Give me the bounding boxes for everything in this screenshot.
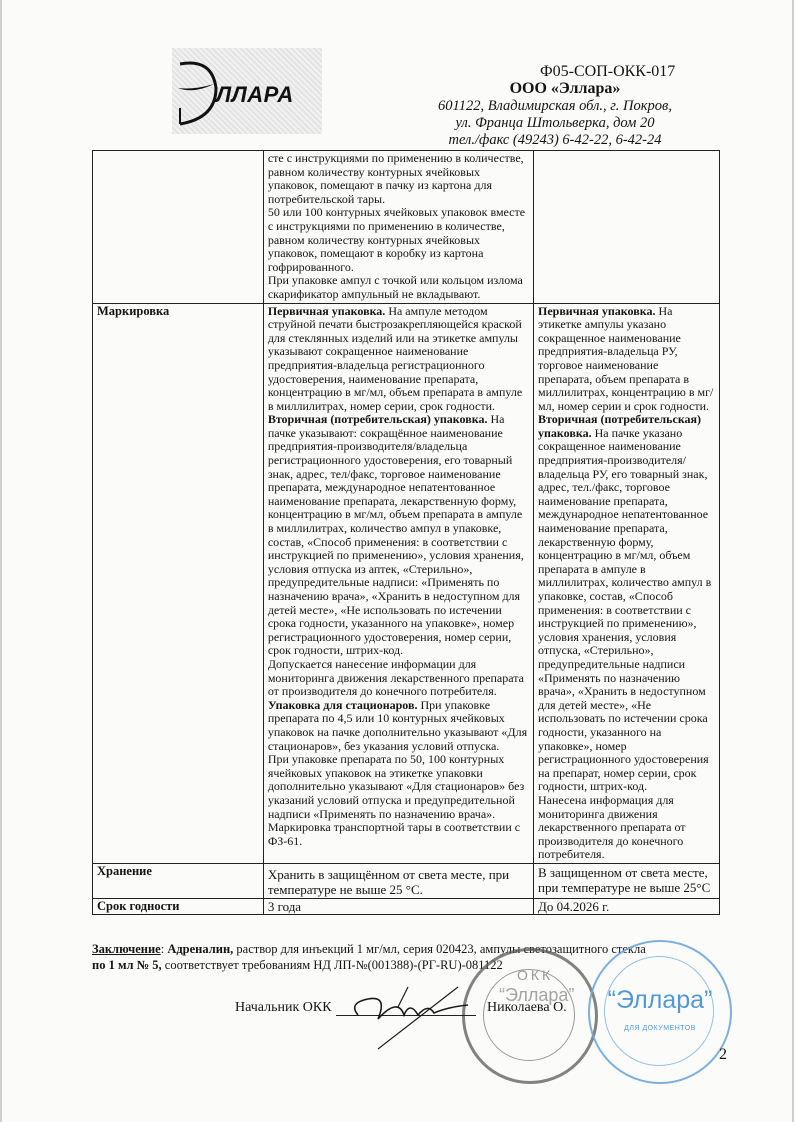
bold-title: Вторичная (потребительская) упаковка.	[268, 412, 488, 426]
conclusion-label: Заключение	[92, 942, 161, 956]
phone-line: тел./факс (49243) 6-42-22, 6-42-24	[415, 132, 695, 149]
bold-title: Первичная упаковка.	[538, 304, 656, 318]
organization-name: ООО «Эллара»	[490, 80, 640, 98]
cell-result: Первичная упаковка. На этикетке ампулы у…	[533, 303, 719, 863]
cell-label-storage: Хранение	[93, 863, 264, 898]
cell-requirement: сте с инструкциями по применению в колич…	[263, 151, 533, 304]
table-row-shelf-life: Срок годности 3 года До 04.2026 г.	[93, 898, 720, 915]
cell-requirement: Первичная упаковка. На ампуле методом ст…	[263, 303, 533, 863]
paragraph-primary: Первичная упаковка. На этикетке ампулы у…	[538, 305, 715, 414]
bold-title: Упаковка для стационаров.	[268, 698, 418, 712]
company-seal: “Эллара” ДЛЯ ДОКУМЕНТОВ	[588, 940, 732, 1084]
paragraph: 50 или 100 контурных ячейковых упаковок …	[268, 206, 529, 274]
cell-label	[93, 151, 264, 304]
cell-label-marking: Маркировка	[93, 303, 264, 863]
text: На пачке указывают: сокращённое наименов…	[268, 412, 524, 657]
seal-subtitle: ДЛЯ ДОКУМЕНТОВ	[602, 1025, 718, 1032]
paragraph-transport: Маркировка транспортной тары в соответст…	[268, 821, 529, 848]
conclusion-dose: по 1 мл № 5,	[92, 958, 162, 972]
text: На этикетке ампулы указано сокращенное н…	[538, 304, 713, 413]
address-line-2: ул. Франца Штольверка, дом 20	[415, 115, 695, 132]
paragraph-secondary: Вторичная (потребительская) упаковка. На…	[538, 413, 715, 794]
signer-position: Начальник ОКК	[235, 1000, 332, 1015]
specification-table: сте с инструкциями по применению в колич…	[92, 150, 720, 915]
conclusion-text-1: раствор для инъекций 1 мг/мл, серия 0204…	[233, 942, 646, 956]
paragraph: сте с инструкциями по применению в колич…	[268, 152, 529, 206]
table-row-packaging-continued: сте с инструкциями по применению в колич…	[93, 151, 720, 304]
document-code: Ф05-СОП-ОКК-017	[540, 63, 675, 81]
seal-company-name: “Эллара”	[602, 986, 718, 1015]
conclusion-text-2: соответствует требованиям НД ЛП-№(001388…	[162, 958, 503, 972]
paragraph-monitoring: Допускается нанесение информации для мон…	[268, 658, 529, 699]
paragraph-primary: Первичная упаковка. На ампуле методом ст…	[268, 305, 529, 414]
paragraph-hospital-2: При упаковке препарата по 50, 100 контур…	[268, 753, 529, 821]
page-number: 2	[719, 1046, 727, 1064]
handwritten-signature-icon	[338, 985, 478, 1055]
stamp-okk-text: ОКК	[517, 967, 553, 983]
cell-requirement: 3 года	[263, 898, 533, 915]
cell-requirement: Хранить в защищённом от света месте, при…	[263, 863, 533, 898]
table-row-marking: Маркировка Первичная упаковка. На ампуле…	[93, 303, 720, 863]
text: На пачке указано сокращенное наименовани…	[538, 426, 711, 793]
table-row-storage: Хранение Хранить в защищённом от света м…	[93, 863, 720, 898]
text: На ампуле методом струйной печати быстро…	[268, 304, 522, 413]
cell-result	[533, 151, 719, 304]
product-name: Адреналин,	[167, 942, 233, 956]
company-logo: ЛЛАРА	[172, 48, 322, 134]
paragraph-secondary: Вторичная (потребительская) упаковка. На…	[268, 413, 529, 658]
bold-title: Первичная упаковка.	[268, 304, 386, 318]
address-line-1: 601122, Владимирская обл., г. Покров,	[415, 98, 695, 115]
okk-stamp: ОКК “Эллара”	[462, 948, 598, 1084]
scan-edge-left	[0, 0, 2, 1122]
cell-label-shelf-life: Срок годности	[93, 898, 264, 915]
paragraph-monitoring: Нанесена информация для мониторинга движ…	[538, 794, 715, 862]
cell-result: В защищенном от света месте, при темпера…	[533, 863, 719, 898]
paragraph: При упаковке ампул с точкой или кольцом …	[268, 274, 529, 301]
signer-name: Николаева О.	[487, 1000, 567, 1016]
paragraph-hospital: Упаковка для стационаров. При упаковке п…	[268, 699, 529, 753]
cell-result: До 04.2026 г.	[533, 898, 719, 915]
logo-text: ЛЛАРА	[216, 82, 294, 108]
